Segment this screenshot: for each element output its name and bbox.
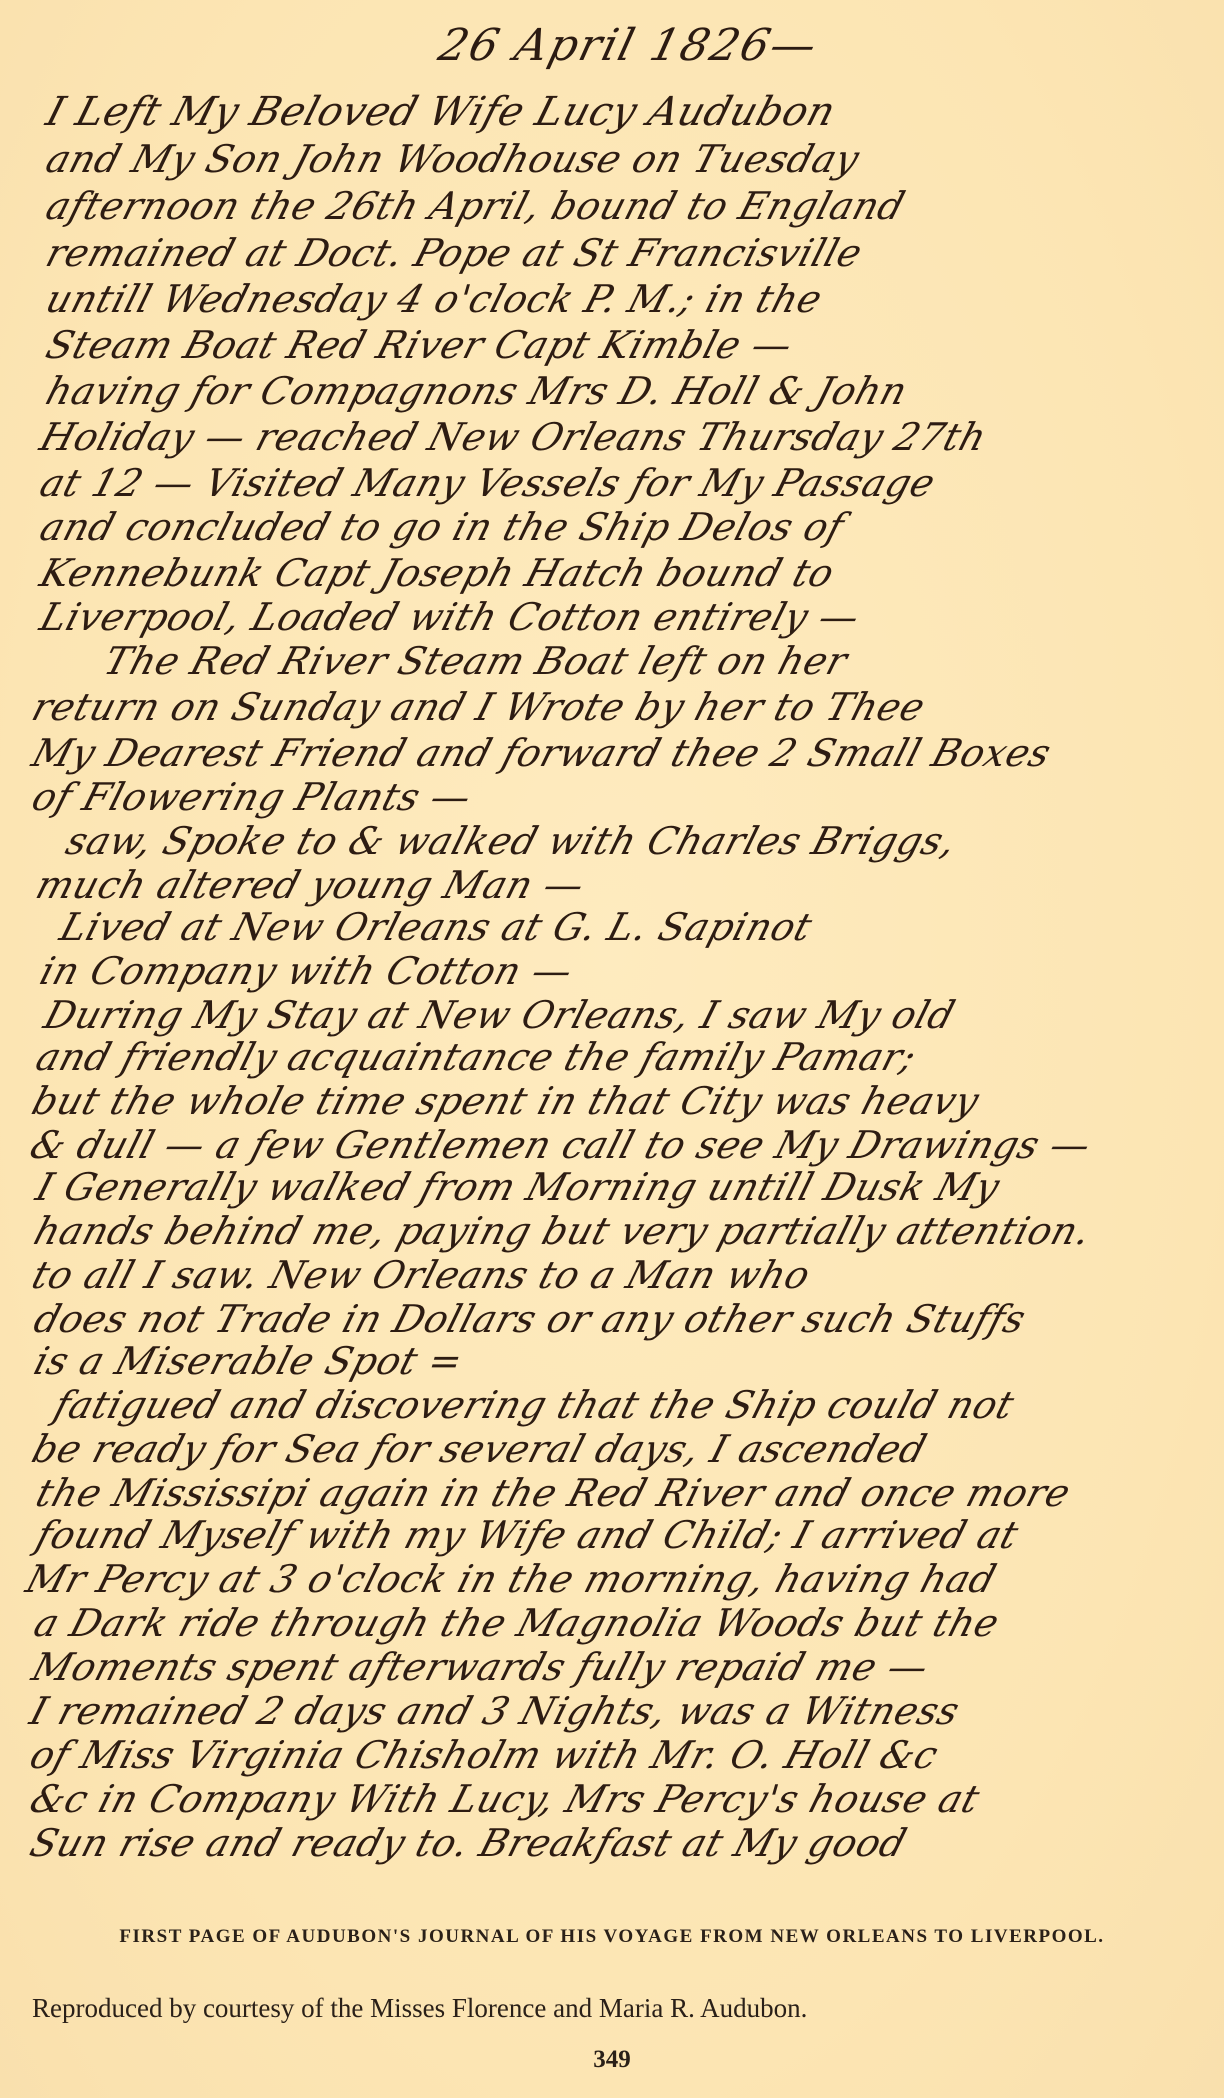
manuscript-line: I Left My Beloved Wife Lucy Audubon — [42, 92, 840, 132]
manuscript-line: return on Sunday and I Wrote by her to T… — [28, 688, 929, 726]
manuscript-line: of Flowering Plants — — [28, 778, 476, 816]
manuscript-line: I remained 2 days and 3 Nights, was a Wi… — [26, 1692, 964, 1730]
journal-date-heading: 26 April 1826— — [434, 20, 824, 71]
manuscript-line: During My Stay at New Orleans, I saw My … — [40, 996, 959, 1034]
manuscript-line: Liverpool, Loaded with Cotton entirely — — [36, 598, 864, 636]
figure-caption-title: First page of Audubon's journal of his v… — [0, 1920, 1224, 1954]
scanned-page: 26 April 1826— I Left My Beloved Wife Lu… — [0, 0, 1224, 2098]
manuscript-line: the Mississipi again in the Red River an… — [32, 1474, 1075, 1512]
manuscript-line: Sun rise and ready to. Breakfast at My g… — [26, 1824, 911, 1862]
manuscript-line: Steam Boat Red River Capt Kimble — — [42, 326, 797, 364]
manuscript-line: Kennebunk Capt Joseph Hatch bound to — [36, 554, 839, 592]
manuscript-line: Lived at New Orleans at G. L. Sapinot — [56, 908, 817, 946]
figure-caption-credit: Reproduced by courtesy of the Misses Flo… — [32, 1993, 807, 2024]
manuscript-line: of Miss Virginia Chisholm with Mr. O. Ho… — [26, 1736, 942, 1774]
manuscript-line: and concluded to go in the Ship Delos of — [36, 508, 848, 546]
manuscript-line: Holiday — reached New Orleans Thursday 2… — [36, 418, 991, 456]
manuscript-line: and friendly acquaintance the family Pam… — [32, 1038, 921, 1076]
manuscript-line: much altered young Man — — [32, 866, 589, 904]
manuscript-line: &c in Company With Lucy, Mrs Percy's hou… — [26, 1780, 984, 1818]
manuscript-line: My Dearest Friend and forward thee 2 Sma… — [28, 734, 1055, 772]
manuscript-line: having for Compagnons Mrs D. Holl & John — [42, 372, 912, 410]
manuscript-line: does not Trade in Dollars or any other s… — [30, 1300, 1030, 1338]
manuscript-line: I Generally walked from Morning untill D… — [32, 1168, 1004, 1206]
manuscript-line: Moments spent afterwards fully repaid me… — [28, 1648, 933, 1686]
manuscript-line: hands behind me, paying but very partial… — [30, 1212, 1095, 1250]
manuscript-line: but the whole time spent in that City wa… — [28, 1082, 983, 1120]
manuscript-line: untill Wednesday 4 o'clock P. M.; in the — [42, 280, 827, 318]
page-number: 349 — [0, 2046, 1224, 2074]
manuscript-line: to all I saw. New Orleans to a Man who — [28, 1256, 815, 1294]
manuscript-line: saw, Spoke to & walked with Charles Brig… — [62, 822, 961, 860]
manuscript-line: and My Son John Woodhouse on Tuesday — [42, 140, 864, 178]
manuscript-line: afternoon the 26th April, bound to Engla… — [42, 187, 909, 225]
manuscript-line: found Myself with my Wife and Child; I a… — [32, 1516, 1023, 1554]
manuscript-line: fatigued and discovering that the Ship c… — [50, 1386, 1019, 1424]
manuscript-line: remained at Doct. Pope at St Francisvill… — [42, 234, 867, 272]
manuscript-line: in Company with Cotton — — [36, 952, 577, 990]
manuscript-line: & dull — a few Gentlemen call to see My … — [26, 1126, 1095, 1164]
manuscript-line: is a Miserable Spot = — [30, 1342, 467, 1380]
manuscript-line: a Dark ride through the Magnolia Woods b… — [30, 1604, 1003, 1642]
manuscript-line: be ready for Sea for several days, I asc… — [28, 1430, 931, 1468]
manuscript-line: Mr Percy at 3 o'clock in the morning, ha… — [22, 1560, 1000, 1598]
manuscript-line: The Red River Steam Boat left on her — [100, 642, 852, 680]
manuscript-line: at 12 — Visited Many Vessels for My Pass… — [36, 464, 940, 502]
